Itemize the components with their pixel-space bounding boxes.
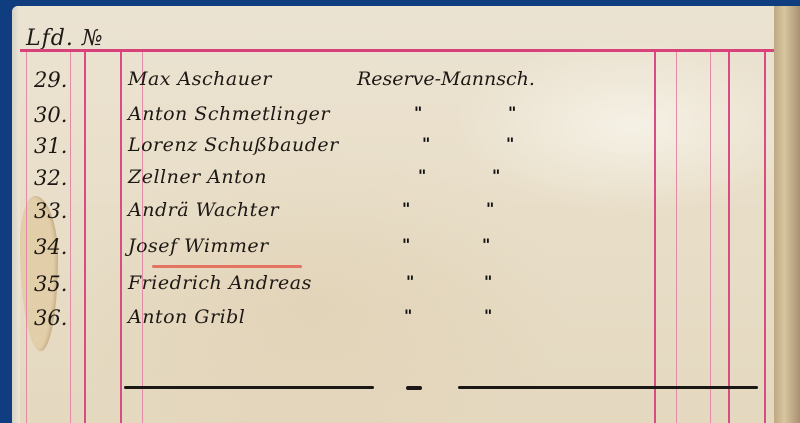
entry-name: Lorenz Schußbauder	[128, 134, 339, 156]
ledger-row: 36. Anton Gribl " "	[12, 306, 800, 334]
ditto-mark: "	[418, 166, 426, 185]
ditto-mark: "	[486, 199, 494, 218]
header-rule	[20, 49, 800, 52]
entry-name: Max Aschauer	[128, 68, 272, 90]
ledger-row: 29. Max Aschauer Reserve-Mannsch.	[12, 68, 800, 96]
entry-number: 31.	[34, 134, 84, 158]
closing-rule-dash	[406, 386, 422, 390]
ledger-page: Lfd. № 29. Max Aschauer Reserve-Mannsch.…	[12, 6, 800, 423]
ledger-row: 32. Zellner Anton " "	[12, 166, 800, 194]
ditto-mark: "	[402, 235, 410, 254]
ledger-row: 30. Anton Schmetlinger " "	[12, 103, 800, 131]
entry-number: 32.	[34, 166, 84, 190]
ledger-row: 34. Josef Wimmer " "	[12, 235, 800, 263]
ditto-mark: "	[402, 199, 410, 218]
ledger-row: 35. Friedrich Andreas " "	[12, 272, 800, 300]
closing-rule	[124, 386, 374, 389]
ledger-row: 31. Lorenz Schußbauder " "	[12, 134, 800, 162]
entry-number: 35.	[34, 272, 84, 296]
ditto-mark: "	[406, 272, 414, 291]
ditto-mark: "	[482, 235, 490, 254]
ditto-mark: "	[484, 272, 492, 291]
entry-role: Reserve-Mannsch.	[357, 68, 535, 90]
header-label: Lfd. №	[26, 26, 104, 51]
entry-name: Zellner Anton	[128, 166, 267, 188]
ditto-mark: "	[508, 103, 516, 122]
entry-name: Anton Schmetlinger	[128, 103, 330, 125]
entry-number: 30.	[34, 103, 84, 127]
entry-number: 34.	[34, 235, 84, 259]
ditto-mark: "	[414, 103, 422, 122]
entry-number: 36.	[34, 306, 84, 330]
entry-number: 33.	[34, 199, 84, 223]
entry-name: Anton Gribl	[128, 306, 245, 328]
entry-name: Andrä Wachter	[128, 199, 279, 221]
ditto-mark: "	[484, 306, 492, 325]
ditto-mark: "	[422, 134, 430, 153]
ditto-mark: "	[404, 306, 412, 325]
red-underline-mark	[152, 265, 302, 268]
entry-name: Josef Wimmer	[128, 235, 269, 257]
closing-rule	[458, 386, 758, 389]
entry-number: 29.	[34, 68, 84, 92]
ditto-mark: "	[506, 134, 514, 153]
entry-name: Friedrich Andreas	[128, 272, 312, 294]
ledger-row: 33. Andrä Wachter " "	[12, 199, 800, 227]
ditto-mark: "	[492, 166, 500, 185]
